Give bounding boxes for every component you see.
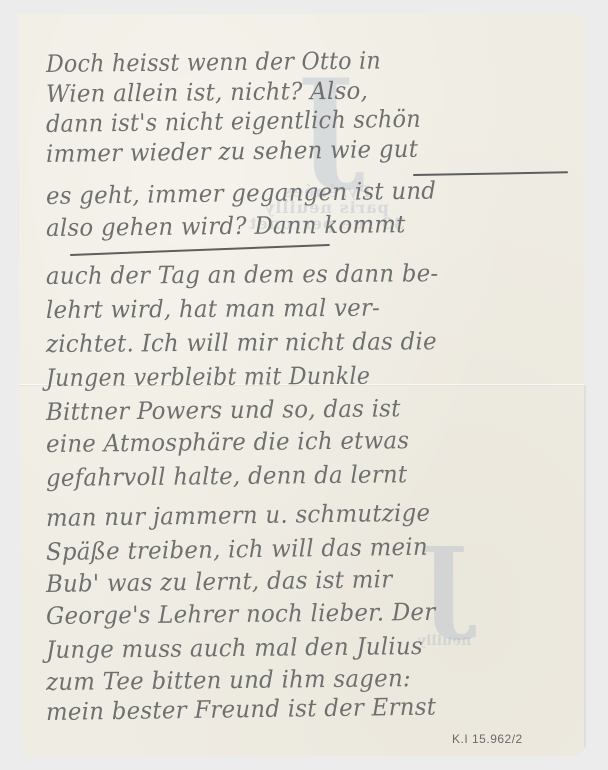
handwritten-line-14: man nur jammern u. schmutzige — [46, 499, 431, 532]
handwritten-line-17: George's Lehrer noch lieber. Der — [46, 598, 436, 630]
letterhead-line: neuilly — [418, 634, 471, 648]
handwritten-line-3: dann ist's nicht eigentlich schön — [46, 105, 421, 138]
scanned-document: J Pyrénées paris neuilly 35 rue perronet… — [0, 0, 608, 770]
handwritten-line-16: Bub' was zu lernt, das ist mir — [46, 565, 393, 598]
handwritten-line-1: Doch heisst wenn der Otto in — [46, 46, 381, 78]
handwritten-line-2: Wien allein ist, nicht? Also, — [46, 77, 368, 108]
handwritten-line-10: Jungen verbleibt mit Dunkle — [46, 362, 370, 392]
handwritten-line-12: eine Atmosphäre die ich etwas — [46, 426, 410, 458]
handwritten-line-8: lehrt wird, hat man mal ver- — [46, 294, 380, 324]
handwritten-line-13: gefahrvoll halte, denn da lernt — [46, 460, 408, 492]
underline-stroke — [70, 244, 330, 256]
handwritten-line-9: zichtet. Ich will mir nicht das die — [46, 327, 437, 358]
handwritten-line-20: mein bester Freund ist der Ernst — [46, 693, 437, 726]
handwritten-line-6: also gehen wird? Dann kommt — [46, 210, 406, 242]
letter-page: J Pyrénées paris neuilly 35 rue perronet… — [18, 14, 584, 756]
handwritten-line-15: Späße treiben, ich will das mein — [46, 533, 428, 566]
handwritten-line-11: Bittner Powers und so, das ist — [46, 394, 401, 426]
handwritten-line-18: Junge muss auch mal den Julius — [46, 632, 423, 664]
handwritten-line-19: zum Tee bitten und ihm sagen: — [46, 664, 411, 696]
handwritten-line-7: auch der Tag an dem es dann be- — [46, 259, 439, 290]
underline-stroke — [413, 171, 568, 176]
archive-number: K.I 15.962/2 — [452, 732, 523, 746]
handwritten-line-4: immer wieder zu sehen wie gut — [46, 135, 419, 168]
handwritten-line-5: es geht, immer gegangen ist und — [46, 177, 437, 210]
